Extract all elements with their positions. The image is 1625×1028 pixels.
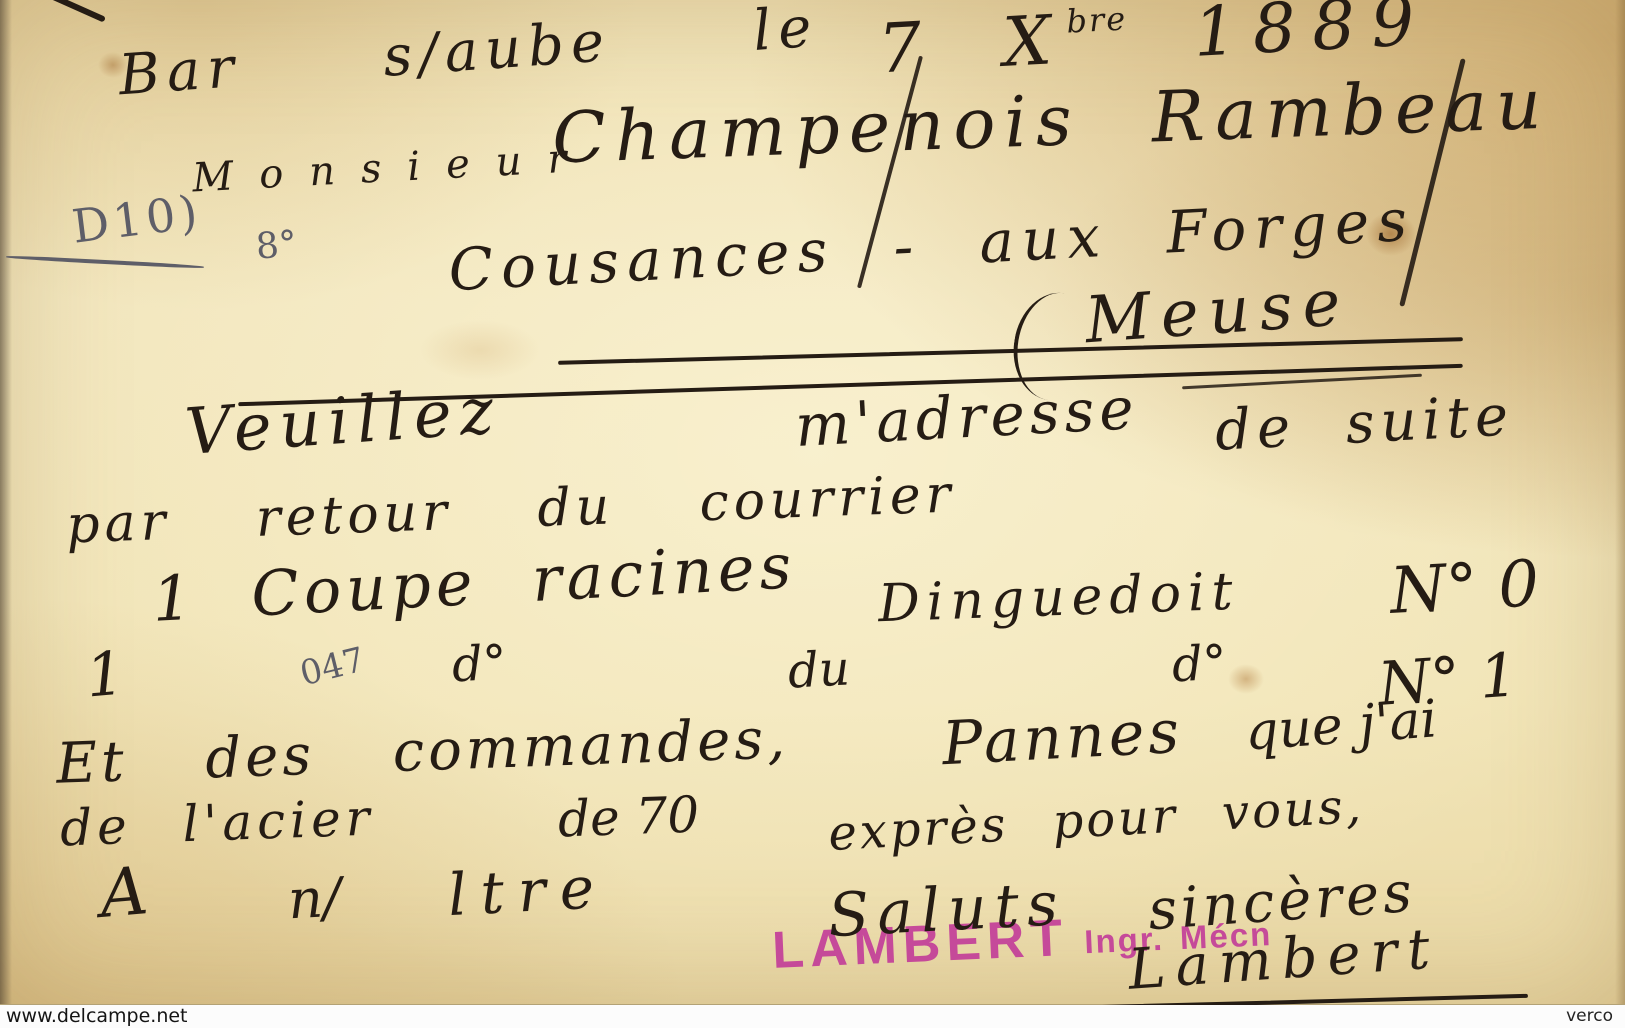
watermark-verco: verco — [1566, 1006, 1613, 1026]
card-left-edge — [0, 0, 12, 1004]
body-line4: de l'acier — [59, 793, 375, 854]
foxing-stain — [1228, 664, 1264, 694]
foxing-stain — [420, 320, 540, 380]
order-item2-ditto: du — [787, 644, 851, 695]
order-item2-ditto: d° — [451, 639, 508, 690]
card-right-edge — [1615, 0, 1625, 1004]
closing-line: n/ — [287, 871, 343, 928]
body-line4: de 70 — [557, 790, 700, 845]
scanned-postcard-screenshot: Bar s/aube le 7 Xbre 1889 Monsieur Champ… — [0, 0, 1625, 1028]
order-item2-ditto: d° — [1171, 639, 1228, 690]
closing-line: ltre — [447, 858, 610, 924]
closing-line: A — [97, 858, 150, 928]
closing-salutation: Saluts — [827, 874, 1067, 946]
order-item2-qty: 1 — [83, 643, 126, 706]
body-request-word: m'adresse — [794, 379, 1140, 455]
order-item1-number: N° 0 — [1388, 552, 1540, 624]
body-line3: Pannes — [941, 702, 1185, 775]
order-item1-model: Dinguedoit — [877, 566, 1240, 631]
body-request-word: de suite — [1214, 388, 1516, 460]
body-line3: que j'ai — [1243, 693, 1438, 758]
watermark-delcampe: www.delcampe.net — [6, 1005, 188, 1027]
scanner-strip: www.delcampe.net verco — [0, 1005, 1625, 1028]
pencil-format-mark: 8° — [255, 226, 299, 265]
